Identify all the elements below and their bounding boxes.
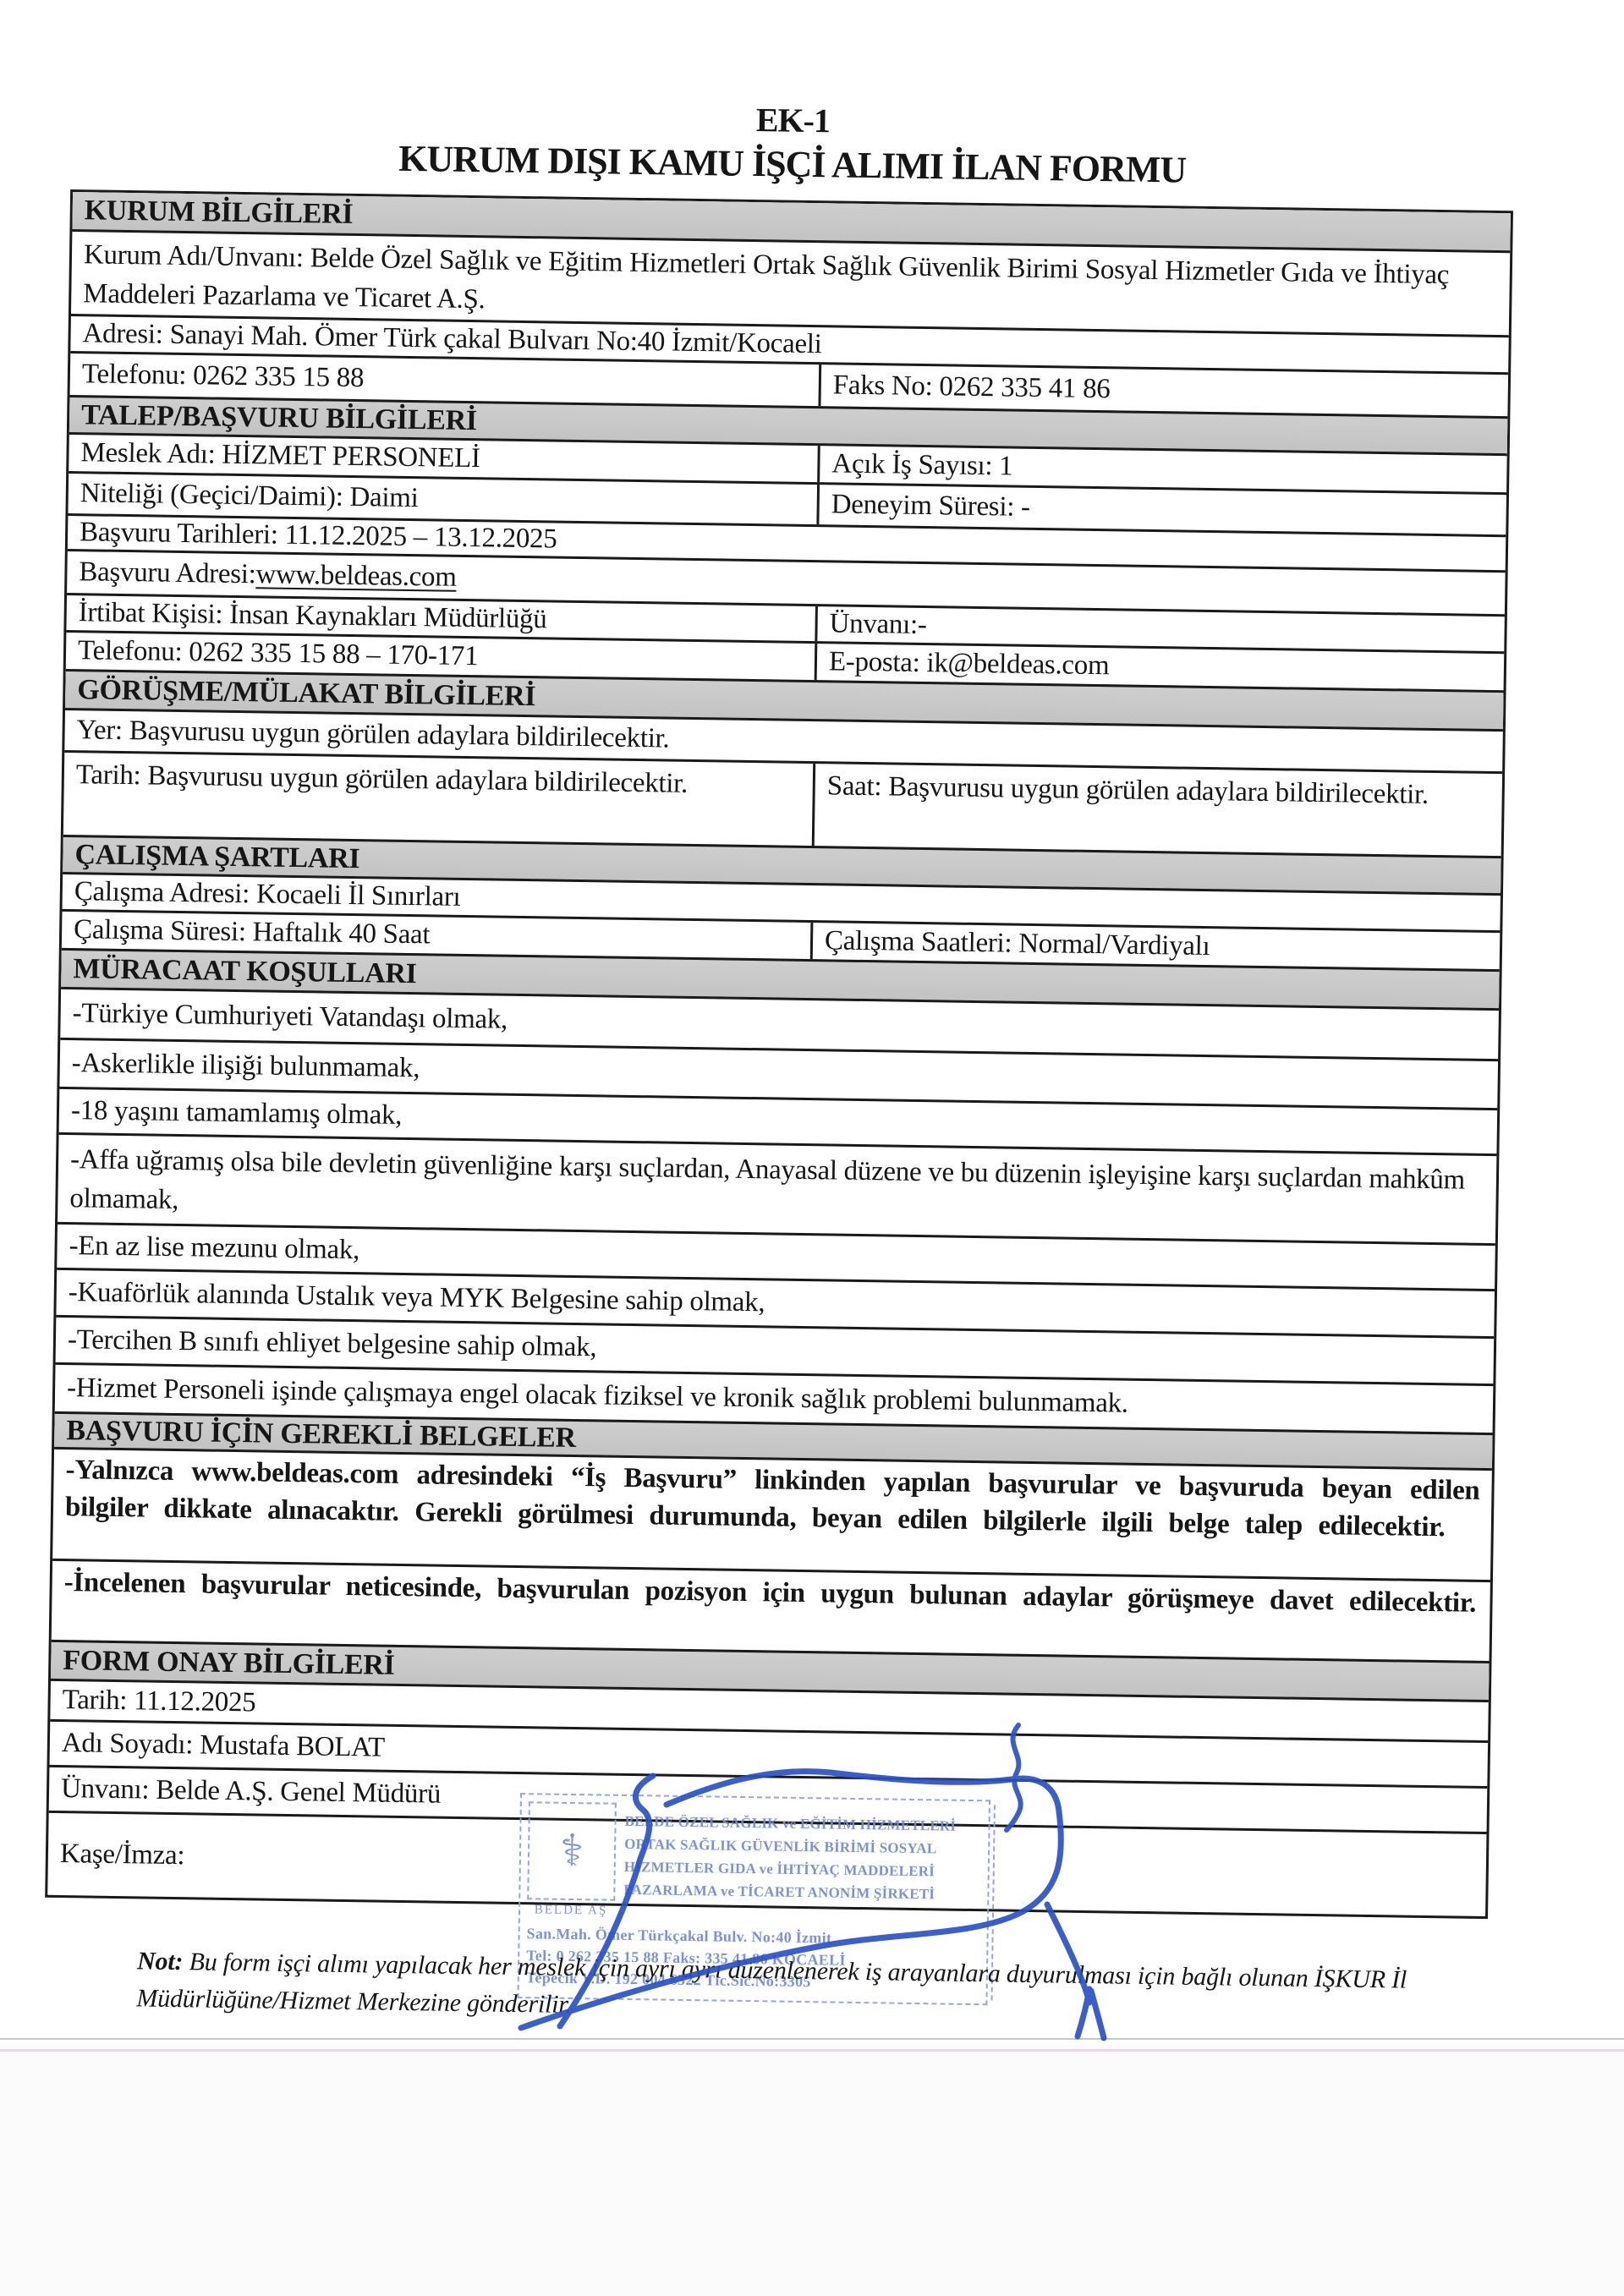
page-edge-line: [0, 2038, 1624, 2040]
field-gorusme-tarih-text: Tarih: Başvurusu uygun görülen adaylara …: [76, 759, 689, 799]
footnote: Not: Bu form işçi alımı yapılacak her me…: [136, 1943, 1431, 2036]
field-kase-imza-label: Kaşe/İmza:: [60, 1838, 185, 1871]
stamp-logo-label: BELDE AŞ: [527, 1903, 615, 1919]
field-gorusme-tarih: Tarih: Başvurusu uygun görülen adaylara …: [63, 753, 813, 846]
condition-text: -En az lise mezunu olmak,: [69, 1230, 359, 1266]
field-adi-soyadi: Adı Soyadı: Mustafa BOLAT: [62, 1728, 386, 1764]
info-paragraph-text: -Yalnızca www.beldeas.com adresindeki “İ…: [65, 1455, 1480, 1543]
section-title: FORM ONAY BİLGİLERİ: [63, 1645, 395, 1682]
stamp-line: PAZARLAMA ve TİCARET ANONİM ŞİRKETİ: [623, 1878, 980, 1906]
medical-caduceus-icon: ⚕: [560, 1826, 584, 1877]
field-yer: Yer: Başvurusu uygun görülen adaylara bi…: [76, 715, 669, 754]
section-title: TALEP/BAŞVURU BİLGİLERİ: [81, 399, 477, 437]
condition-text: -Hizmet Personeli işinde çalışmaya engel…: [67, 1373, 1128, 1420]
field-gorusme-saat-text: Saat: Başvurusu uygun görülen adaylara b…: [827, 770, 1429, 810]
footnote-text: Bu form işçi alımı yapılacak her meslek …: [136, 1948, 1407, 2019]
form-table: KURUM BİLGİLERİ Kurum Adı/Unvanı: Belde …: [45, 189, 1513, 1919]
condition-text: -Askerlikle ilişiği bulunmamak,: [72, 1048, 420, 1084]
field-onay-unvan: Ünvanı: Belde A.Ş. Genel Müdürü: [61, 1773, 441, 1811]
field-kurum-adi: Kurum Adı/Unvanı: Belde Özel Sağlık ve E…: [83, 239, 1449, 315]
field-deneyim-text: Deneyim Süresi: -: [831, 489, 1030, 523]
field-nitelik-text: Niteliği (Geçici/Daimi): Daimi: [80, 478, 419, 514]
condition-text: -Kuaförlük alanında Ustalık veya MYK Bel…: [69, 1277, 765, 1318]
stamp-company-lines: BELDE ÖZEL SAĞLIK ve EĞİTİM HİZMETLERİ O…: [623, 1803, 982, 1924]
section-title: ÇALIŞMA ŞARTLARI: [74, 839, 359, 875]
scanned-form-page: { "page": { "attachment_label": "EK-1", …: [0, 0, 1624, 2296]
condition-text: -Tercihen B sınıfı ehliyet belgesine sah…: [68, 1324, 597, 1363]
field-calisma-saatleri-text: Çalışma Saatleri: Normal/Vardiyalı: [825, 925, 1210, 962]
field-calisma-suresi-text: Çalışma Süresi: Haftalık 40 Saat: [74, 914, 431, 951]
scanned-document: EK-1 KURUM DIŞI KAMU İŞÇİ ALIMI İLAN FOR…: [45, 85, 1515, 1919]
field-faks-text: Faks No: 0262 335 41 86: [833, 370, 1111, 405]
field-telefon-text: Telefonu: 0262 335 15 88: [82, 359, 365, 394]
info-paragraph: -Yalnızca www.beldeas.com adresindeki “İ…: [52, 1447, 1492, 1580]
field-irtibat-text: İrtibat Kişisi: İnsan Kaynakları Müdürlü…: [78, 597, 546, 635]
field-gorusme-saat: Saat: Başvurusu uygun görülen adaylara b…: [812, 764, 1502, 856]
basvuru-adresi-link: www.beldeas.com: [255, 559, 457, 594]
field-telefon2-text: Telefonu: 0262 335 15 88 – 170-171: [78, 635, 479, 672]
condition-text: -Türkiye Cumhuriyeti Vatandaşı olmak,: [72, 998, 507, 1036]
section-title: KURUM BİLGİLERİ: [85, 195, 354, 231]
section-title: GÖRÜŞME/MÜLAKAT BİLGİLERİ: [77, 674, 535, 713]
field-unvan-text: Ünvanı:-: [829, 608, 926, 641]
field-acik-is-text: Açık İş Sayısı: 1: [831, 448, 1013, 482]
stamp-logo-box: ⚕: [527, 1801, 617, 1901]
field-meslek-text: Meslek Adı: HİZMET PERSONELİ: [80, 437, 480, 474]
condition-text: -18 yaşını tamamlamış olmak,: [71, 1095, 403, 1132]
footnote-label: Not:: [137, 1947, 184, 1975]
field-onay-tarih: Tarih: 11.12.2025: [62, 1685, 255, 1718]
field-eposta-text: E-posta: ik@beldeas.com: [829, 646, 1110, 682]
scanner-background: [0, 2052, 1624, 2296]
section-title: MÜRACAAT KOŞULLARI: [73, 953, 417, 990]
condition-text: -Affa uğramış olsa bile devletin güvenli…: [69, 1144, 1465, 1215]
field-basvuru-adresi-label: Başvuru Adresi:: [79, 556, 256, 590]
field-calisma-adresi: Çalışma Adresi: Kocaeli İl Sınırları: [74, 876, 461, 913]
